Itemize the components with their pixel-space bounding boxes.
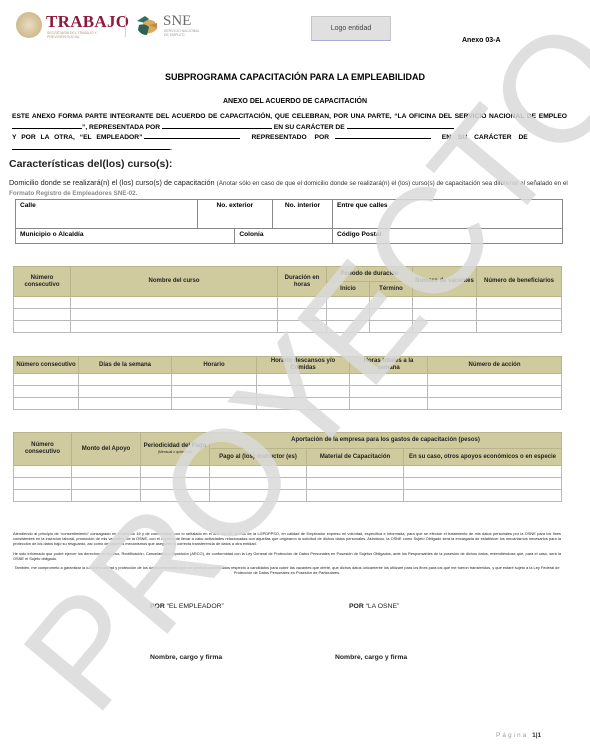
oficina-blank[interactable] — [12, 122, 82, 129]
table-cell[interactable] — [428, 374, 562, 386]
legal-confidencialidad: También, me comprometo a garantizar la c… — [13, 565, 561, 575]
table-cell[interactable] — [477, 297, 562, 309]
sne-logo: SNE SERVICIO NACIONAL DE EMPLEO — [135, 13, 225, 43]
table-cell[interactable] — [172, 386, 257, 398]
table-cell[interactable] — [210, 478, 307, 490]
table-cell[interactable] — [307, 466, 404, 478]
table-cell[interactable] — [210, 490, 307, 502]
trabajo-logo: TRABAJO SECRETARÍA DEL TRABAJO Y PREVISI… — [16, 12, 126, 42]
col-monto: Monto del Apoyo — [72, 433, 141, 466]
table-row — [14, 466, 562, 478]
table-cell[interactable] — [71, 297, 278, 309]
document-header: TRABAJO SECRETARÍA DEL TRABAJO Y PREVISI… — [0, 0, 590, 60]
col-material: Material de Capacitación — [307, 449, 404, 466]
table-cell[interactable] — [72, 478, 141, 490]
table-cell[interactable] — [141, 478, 210, 490]
domicilio-paragraph: Domicilio donde se realizará(n) el (los)… — [9, 178, 579, 198]
trabajo-logo-subtitle: SECRETARÍA DEL TRABAJO Y PREVISIÓN SOCIA… — [47, 31, 107, 39]
logo-entidad-placeholder: Logo entidad — [311, 16, 391, 41]
col-termino: Término — [370, 282, 413, 297]
col-pago-instructor: Pago al (los) instructor (es) — [210, 449, 307, 466]
table-cell[interactable] — [72, 466, 141, 478]
table-row — [14, 297, 562, 309]
table-cell[interactable] — [477, 309, 562, 321]
col-inicio: Inicio — [327, 282, 370, 297]
col-vacantes: Número de vacantes — [413, 267, 477, 297]
table-cell[interactable] — [327, 321, 370, 333]
table-cell[interactable] — [327, 297, 370, 309]
sne-logo-subtitle: SERVICIO NACIONAL DE EMPLEO — [164, 29, 204, 37]
table-row — [14, 398, 562, 410]
sne-logo-title: SNE — [163, 13, 191, 30]
calle-field[interactable]: Calle — [16, 200, 198, 229]
col-numero: Número consecutivo — [14, 357, 79, 374]
table-cell[interactable] — [404, 490, 562, 502]
table-cell[interactable] — [14, 309, 71, 321]
support-table: Número consecutivo Monto del Apoyo Perio… — [13, 432, 562, 502]
table-cell[interactable] — [278, 321, 327, 333]
page-number: Página 1|1 — [496, 732, 541, 739]
table-cell[interactable] — [307, 490, 404, 502]
schedule-table: Número consecutivo Días de la semana Hor… — [13, 356, 562, 410]
entre-calles-field[interactable]: Entre que calles — [332, 200, 562, 229]
table-row — [14, 309, 562, 321]
table-cell[interactable] — [404, 466, 562, 478]
table-cell[interactable] — [210, 466, 307, 478]
col-periodo: Período de duración — [327, 267, 413, 282]
table-cell[interactable] — [428, 398, 562, 410]
anexo-code: Anexo 03-A — [462, 37, 501, 44]
col-horario: Horario — [172, 357, 257, 374]
table-cell[interactable] — [327, 309, 370, 321]
intro-paragraph: ESTE ANEXO FORMA PARTE INTEGRANTE DEL AC… — [12, 113, 567, 153]
representante-osne-blank[interactable] — [162, 122, 272, 129]
table-cell[interactable] — [14, 374, 79, 386]
table-cell[interactable] — [278, 297, 327, 309]
table-row — [14, 321, 562, 333]
col-descansos: Horario descansos y/o Comidas — [257, 357, 350, 374]
table-cell[interactable] — [172, 398, 257, 410]
caracter-empleador-blank[interactable] — [12, 143, 170, 150]
col-aportacion: Aportación de la empresa para los gastos… — [210, 433, 562, 449]
col-numero: Número consecutivo — [14, 433, 72, 466]
table-cell[interactable] — [14, 478, 72, 490]
municipio-field[interactable]: Municipio o Alcaldía — [16, 229, 235, 244]
handshake-icon — [135, 13, 159, 37]
col-numero-accion: Número de acción — [428, 357, 562, 374]
col-beneficiarios: Número de beneficiarios — [477, 267, 562, 297]
table-cell[interactable] — [141, 466, 210, 478]
signature-osne-title: POR “LA OSNE” — [349, 603, 399, 610]
table-cell[interactable] — [370, 309, 413, 321]
table-cell[interactable] — [72, 490, 141, 502]
table-cell[interactable] — [257, 374, 350, 386]
trabajo-logo-title: TRABAJO — [46, 12, 129, 32]
col-duracion: Duración en horas — [278, 267, 327, 297]
representante-empleador-blank[interactable] — [335, 132, 431, 139]
table-row — [14, 374, 562, 386]
empleador-blank[interactable] — [144, 132, 240, 139]
table-cell[interactable] — [79, 398, 172, 410]
section-title: Características del(los) curso(s): — [9, 158, 172, 170]
national-seal-icon — [16, 12, 42, 38]
table-cell[interactable] — [14, 398, 79, 410]
table-cell[interactable] — [370, 297, 413, 309]
table-cell[interactable] — [413, 309, 477, 321]
address-table: Calle No. exterior No. interior Entre qu… — [15, 199, 563, 244]
sub-title: ANEXO DEL ACUERDO DE CAPACITACIÓN — [0, 98, 590, 105]
courses-table: Número consecutivo Nombre del curso Dura… — [13, 266, 562, 333]
col-dias: Días de la semana — [79, 357, 172, 374]
table-cell[interactable] — [257, 398, 350, 410]
table-cell[interactable] — [350, 374, 428, 386]
table-cell[interactable] — [79, 374, 172, 386]
signature-empleador-line[interactable]: Nombre, cargo y firma — [150, 654, 222, 661]
table-cell[interactable] — [307, 478, 404, 490]
table-row — [14, 490, 562, 502]
logo-divider — [125, 15, 126, 37]
table-cell[interactable] — [172, 374, 257, 386]
table-cell[interactable] — [141, 490, 210, 502]
table-cell[interactable] — [404, 478, 562, 490]
main-title: SUBPROGRAMA CAPACITACIÓN PARA LA EMPLEAB… — [0, 72, 590, 82]
table-cell[interactable] — [477, 321, 562, 333]
table-cell[interactable] — [79, 386, 172, 398]
col-otros-apoyos: En su caso, otros apoyos económicos o en… — [404, 449, 562, 466]
table-cell[interactable] — [14, 321, 71, 333]
signature-empleador-title: POR “EL EMPLEADOR” — [150, 603, 224, 610]
signature-osne-line[interactable]: Nombre, cargo y firma — [335, 654, 407, 661]
col-periodicidad: Periodicidad del Pago (Mensual o quincen… — [141, 433, 210, 466]
col-horas-totales: Horas totales a la semana — [350, 357, 428, 374]
caracter-osne-blank[interactable] — [347, 122, 454, 129]
privacy-legal-text: Atendiendo al principio de “consentimien… — [13, 531, 561, 579]
table-cell[interactable] — [413, 297, 477, 309]
table-cell[interactable] — [428, 386, 562, 398]
legal-arco: He sido informado que podré ejercer los … — [13, 551, 561, 561]
table-cell[interactable] — [14, 490, 72, 502]
table-cell[interactable] — [370, 321, 413, 333]
table-row — [14, 478, 562, 490]
table-cell[interactable] — [71, 309, 278, 321]
col-numero: Número consecutivo — [14, 267, 71, 297]
table-cell[interactable] — [350, 386, 428, 398]
col-nombre-curso: Nombre del curso — [71, 267, 278, 297]
table-cell[interactable] — [350, 398, 428, 410]
table-cell[interactable] — [413, 321, 477, 333]
table-cell[interactable] — [14, 297, 71, 309]
table-cell[interactable] — [257, 386, 350, 398]
legal-consentimiento: Atendiendo al principio de “consentimien… — [13, 531, 561, 547]
no-exterior-field[interactable]: No. exterior — [197, 200, 272, 229]
codigo-postal-field[interactable]: Código Postal — [333, 229, 563, 244]
table-cell[interactable] — [14, 466, 72, 478]
formato-sne02-reference: Formato Registro de Empleadores SNE-02. — [9, 190, 137, 197]
table-cell[interactable] — [14, 386, 79, 398]
colonia-field[interactable]: Colonia — [235, 229, 333, 244]
table-cell[interactable] — [71, 321, 278, 333]
table-row — [14, 386, 562, 398]
table-cell[interactable] — [278, 309, 327, 321]
no-interior-field[interactable]: No. interior — [272, 200, 332, 229]
